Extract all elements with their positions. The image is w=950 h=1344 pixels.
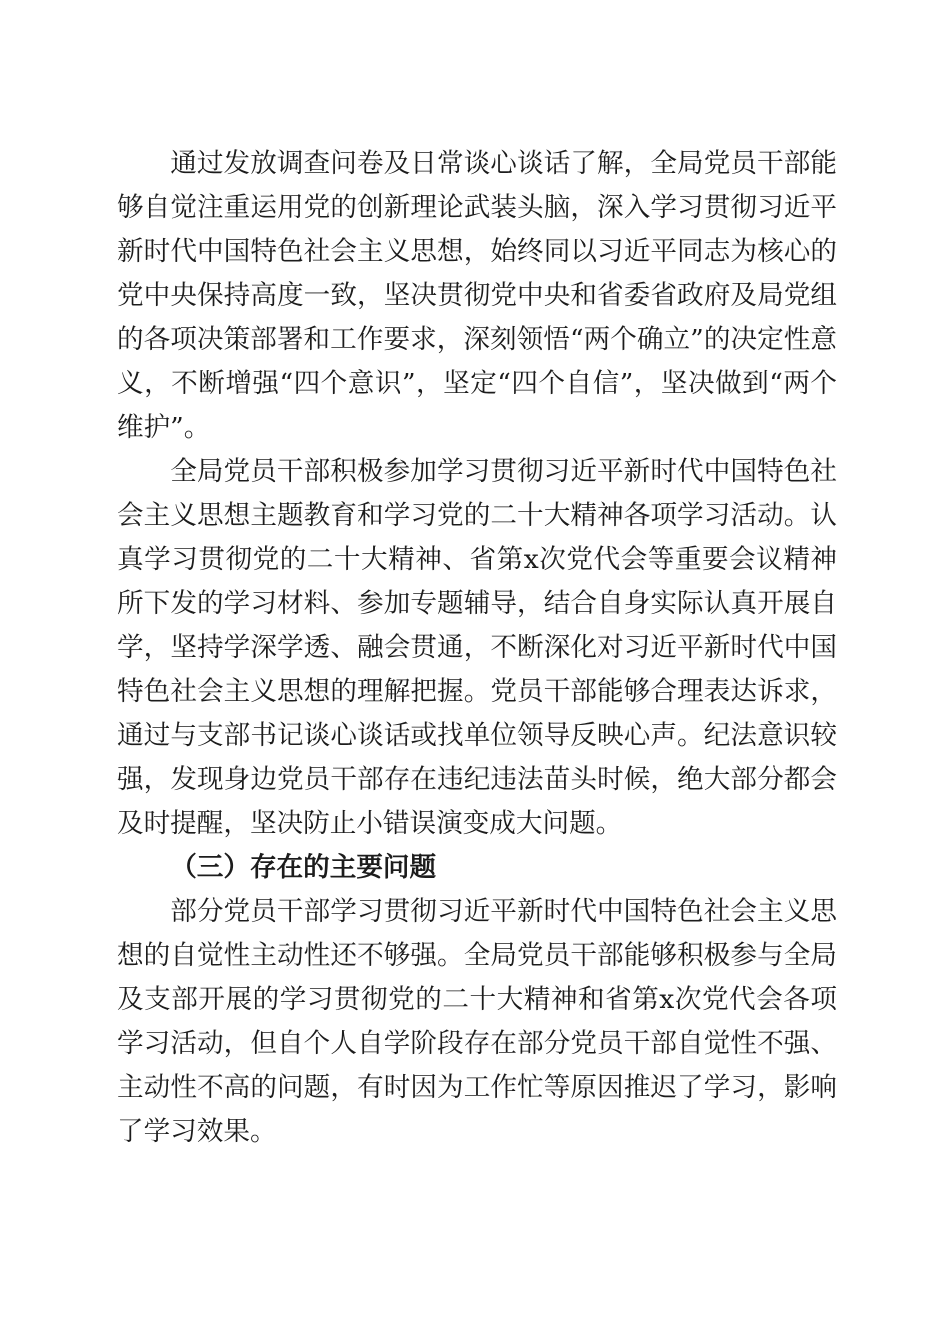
body-paragraph-2: 全局党员干部积极参加学习贯彻习近平新时代中国特色社会主义思想主题教育和学习党的二… [117,450,837,846]
section-heading-existing-problems: （三）存在的主要问题 [117,846,837,890]
document-text-block: 通过发放调查问卷及日常谈心谈话了解，全局党员干部能够自觉注重运用党的创新理论武装… [117,142,837,1154]
body-paragraph-3: 部分党员干部学习贯彻习近平新时代中国特色社会主义思想的自觉性主动性还不够强。全局… [117,890,837,1154]
document-canvas: 通过发放调查问卷及日常谈心谈话了解，全局党员干部能够自觉注重运用党的创新理论武装… [0,0,950,1344]
body-paragraph-1: 通过发放调查问卷及日常谈心谈话了解，全局党员干部能够自觉注重运用党的创新理论武装… [117,142,837,450]
document-page: { "document": { "page_background": "#fff… [0,0,950,1344]
